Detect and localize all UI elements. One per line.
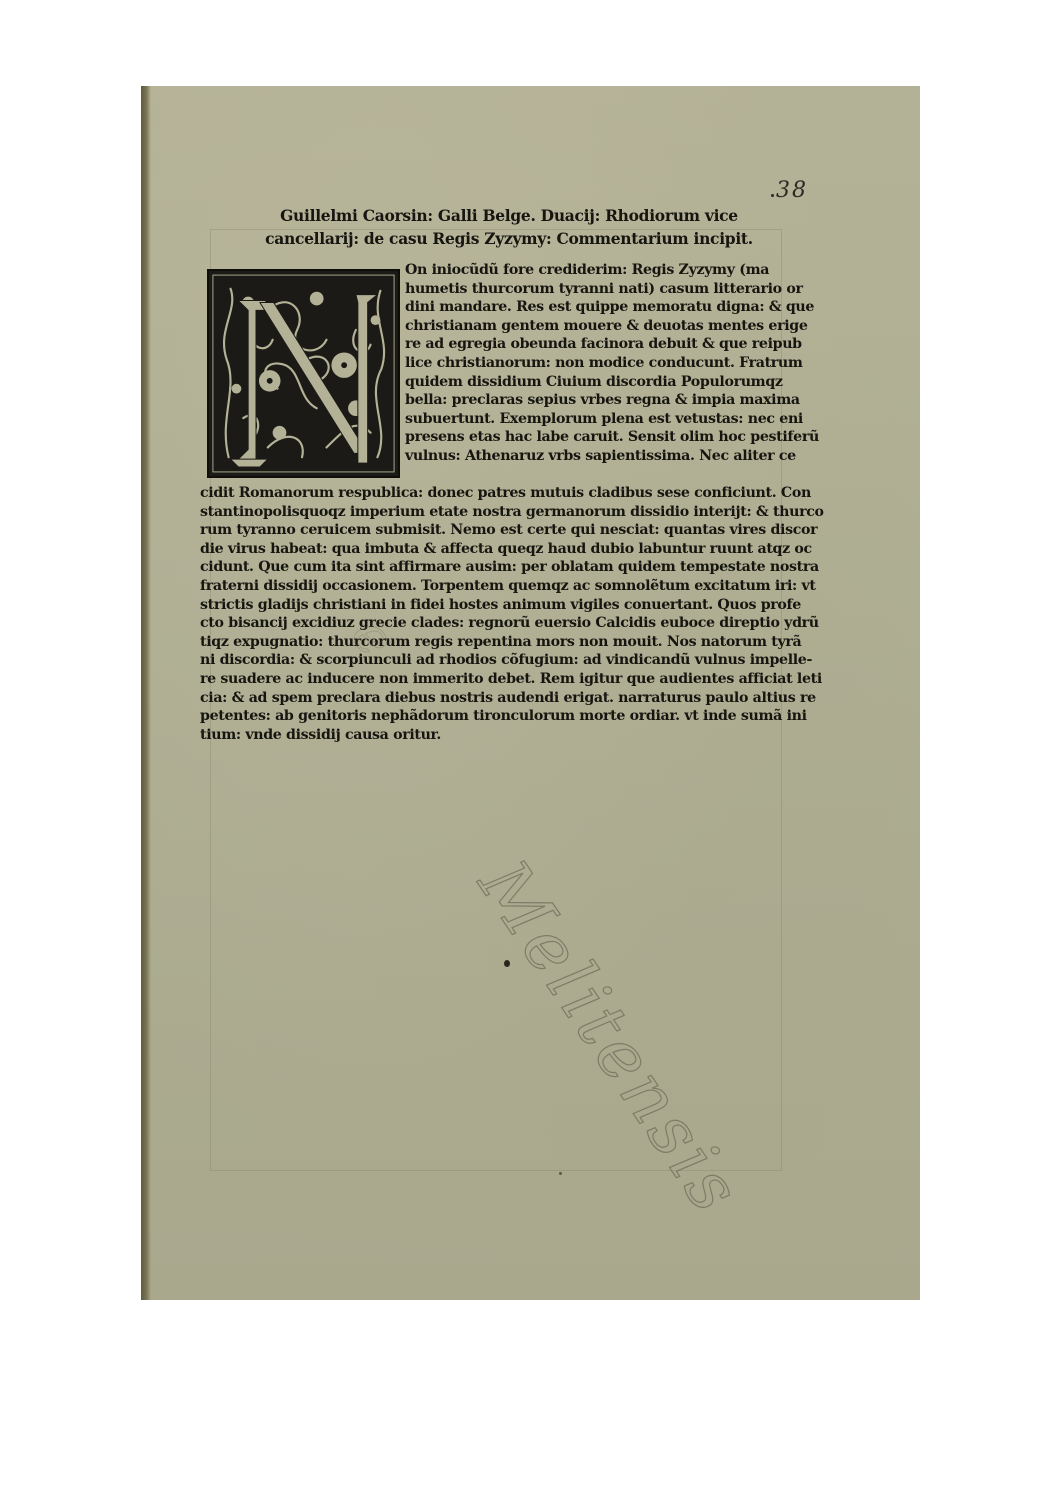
text-line: lice christianorum: non modice conducunt… [405,354,819,373]
body-text-full-width: cidit Romanorum respublica: donec patres… [200,484,824,744]
body-text-indented: On iniocũdũ fore crediderim: Regis Zyzym… [405,261,819,466]
text-line: vulnus: Athenaruz vrbs sapientissima. Ne… [405,447,819,466]
decorated-initial-n-icon [207,269,400,478]
text-line: rum tyranno ceruicem submisit. Nemo est … [200,521,824,540]
text-line: re suadere ac inducere non immerito debe… [200,670,824,689]
incipit-heading: Guillelmi Caorsin: Galli Belge. Duacij: … [259,204,759,250]
text-line: cidunt. Que cum ita sint affirmare ausim… [200,558,824,577]
text-line: On iniocũdũ fore crediderim: Regis Zyzym… [405,261,819,280]
folio-number: 38 [776,178,808,203]
text-line: quidem dissidium Ciuium discordia Populo… [405,373,819,392]
text-line: tiqz expugnatio: thurcorum regis repenti… [200,633,824,652]
ink-spot [504,960,510,967]
book-page: 38 Guillelmi Caorsin: Galli Belge. Duaci… [141,86,920,1300]
text-line: fraterni dissidij occasionem. Torpentem … [200,577,824,596]
text-line: die virus habeat: qua imbuta & affecta q… [200,540,824,559]
text-line: dini mandare. Res est quippe memoratu di… [405,298,819,317]
text-line: cia: & ad spem preclara diebus nostris a… [200,689,824,708]
text-line: ni discordia: & scorpiunculi ad rhodios … [200,651,824,670]
text-line: bella: preclaras sepius vrbes regna & im… [405,391,819,410]
heading-line: cancellarij: de casu Regis Zyzymy: Comme… [259,227,759,250]
text-line: strictis gladijs christiani in fidei hos… [200,596,824,615]
text-line: humetis thurcorum tyranni nati) casum li… [405,280,819,299]
text-line: tium: vnde dissidij causa oritur. [200,726,824,745]
text-line: cidit Romanorum respublica: donec patres… [200,484,824,503]
folio-mark [771,194,774,197]
text-line: christianam gentem mouere & deuotas ment… [405,317,819,336]
text-line: stantinopolisquoqz imperium etate nostra… [200,503,824,522]
text-line: petentes: ab genitoris nephãdorum tironc… [200,707,824,726]
text-line: cto bisancij excidiuz grecie clades: reg… [200,614,824,633]
binding-shadow [141,86,151,1300]
ink-spot [559,1172,562,1175]
watermark-text: Melitensis [463,846,758,1229]
text-line: subuertunt. Exemplorum plena est vetusta… [405,410,819,429]
text-line: presens etas hac labe caruit. Sensit oli… [405,428,819,447]
text-line: re ad egregia obeunda facinora debuit & … [405,335,819,354]
heading-line: Guillelmi Caorsin: Galli Belge. Duacij: … [259,204,759,227]
